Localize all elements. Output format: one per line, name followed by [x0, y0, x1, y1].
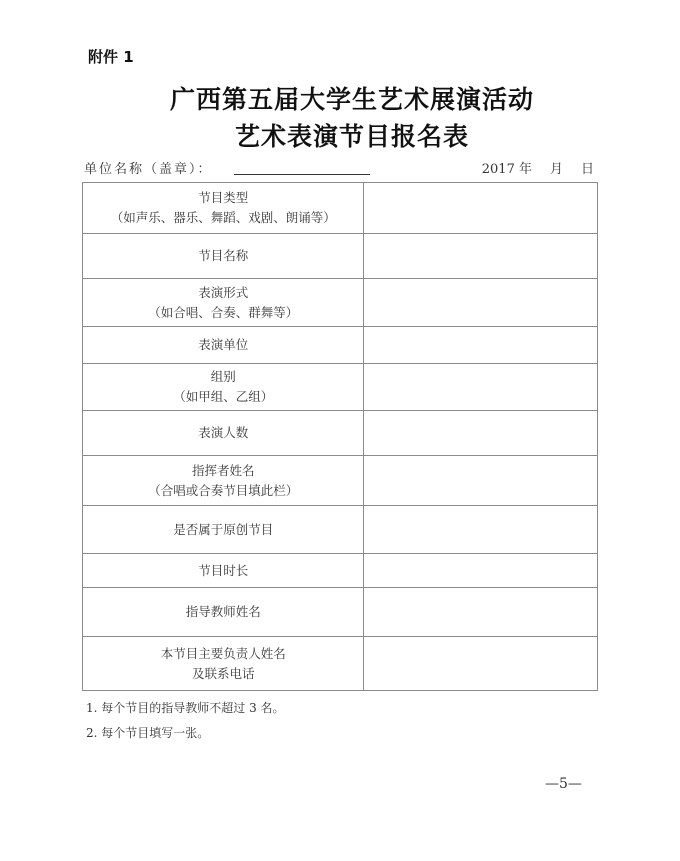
row-label: 组别（如甲组、乙组）	[83, 364, 364, 411]
row-label: 本节目主要负责人姓名及联系电话	[83, 637, 364, 691]
row-value-field[interactable]	[364, 637, 598, 691]
table-row: 本节目主要负责人姓名及联系电话	[83, 637, 598, 691]
registration-table: 节目类型（如声乐、器乐、舞蹈、戏剧、朗诵等） 节目名称 表演形式（如合唱、合奏、…	[82, 182, 598, 691]
notes: 1. 每个节目的指导教师不超过 3 名。 2. 每个节目填写一张。	[86, 696, 285, 746]
row-label: 节目类型（如声乐、器乐、舞蹈、戏剧、朗诵等）	[83, 183, 364, 234]
row-label: 表演形式（如合唱、合奏、群舞等）	[83, 279, 364, 327]
row-value-field[interactable]	[364, 456, 598, 506]
table-row: 节目时长	[83, 554, 598, 588]
row-value-field[interactable]	[364, 364, 598, 411]
row-label: 指挥者姓名（合唱或合奏节目填此栏）	[83, 456, 364, 506]
row-value-field[interactable]	[364, 588, 598, 637]
date-field: 2017 年月日	[482, 158, 594, 177]
table-row: 指导教师姓名	[83, 588, 598, 637]
table-row: 表演单位	[83, 327, 598, 364]
attachment-label: 附件 1	[88, 46, 134, 67]
row-label: 是否属于原创节目	[83, 506, 364, 554]
title-line-1: 广西第五届大学生艺术展演活动	[12, 80, 680, 116]
row-value-field[interactable]	[364, 327, 598, 364]
date-day: 日	[581, 158, 594, 177]
row-value-field[interactable]	[364, 279, 598, 327]
row-label: 表演单位	[83, 327, 364, 364]
row-value-field[interactable]	[364, 234, 598, 279]
row-label: 指导教师姓名	[83, 588, 364, 637]
note-item: 2. 每个节目填写一张。	[86, 721, 285, 746]
date-year: 2017 年	[482, 158, 532, 177]
title-line-2: 艺术表演节目报名表	[12, 117, 680, 153]
table-row: 节目类型（如声乐、器乐、舞蹈、戏剧、朗诵等）	[83, 183, 598, 234]
unit-name-label: 单位名称（盖章）：	[84, 158, 213, 177]
row-label: 节目时长	[83, 554, 364, 588]
row-value-field[interactable]	[364, 506, 598, 554]
row-value-field[interactable]	[364, 411, 598, 456]
row-value-field[interactable]	[364, 183, 598, 234]
date-month: 月	[550, 158, 563, 177]
table-row: 节目名称	[83, 234, 598, 279]
unit-name-field[interactable]	[234, 174, 370, 175]
table-row: 表演人数	[83, 411, 598, 456]
table-row: 指挥者姓名（合唱或合奏节目填此栏）	[83, 456, 598, 506]
row-value-field[interactable]	[364, 554, 598, 588]
page-number: —5—	[545, 776, 582, 792]
table-row: 表演形式（如合唱、合奏、群舞等）	[83, 279, 598, 327]
table-row: 组别（如甲组、乙组）	[83, 364, 598, 411]
row-label: 表演人数	[83, 411, 364, 456]
form-meta: 单位名称（盖章）： 2017 年月日	[84, 158, 598, 178]
row-label: 节目名称	[83, 234, 364, 279]
table-row: 是否属于原创节目	[83, 506, 598, 554]
note-item: 1. 每个节目的指导教师不超过 3 名。	[86, 696, 285, 721]
